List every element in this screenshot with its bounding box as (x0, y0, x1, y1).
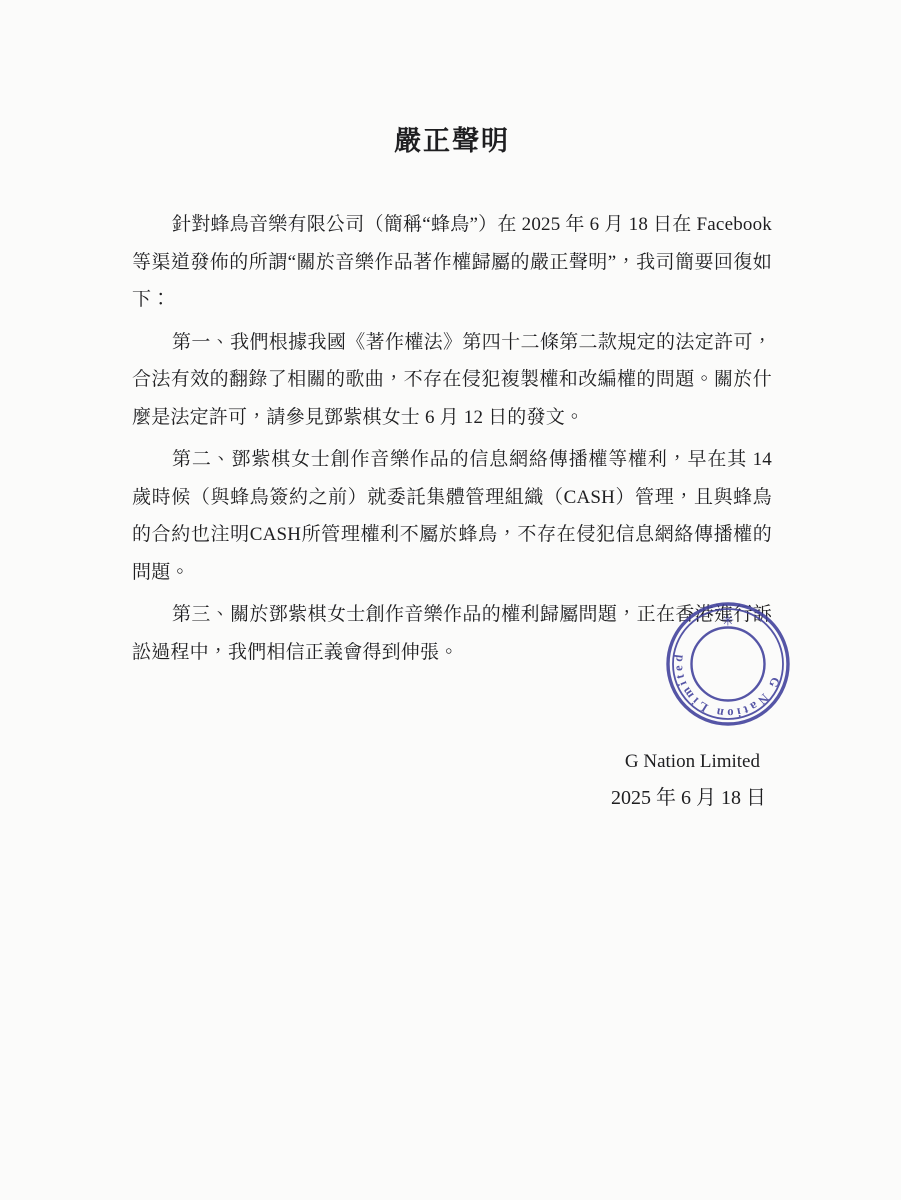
paragraph-point-1: 第一、我們根據我國《著作權法》第四十二條第二款規定的法定許可，合法有效的翻錄了相… (132, 324, 772, 437)
paragraph-intro: 針對蜂鳥音樂有限公司（簡稱“蜂鳥”）在 2025 年 6 月 18 日在 Fac… (132, 206, 772, 319)
letter-body: 嚴正聲明 針對蜂鳥音樂有限公司（簡稱“蜂鳥”）在 2025 年 6 月 18 日… (132, 122, 772, 817)
signature-date: 2025 年 6 月 18 日 (132, 780, 772, 817)
paragraph-point-3: 第三、關於鄧紫棋女士創作音樂作品的權利歸屬問題，正在香港進行訴訟過程中，我們相信… (132, 596, 772, 671)
signature-company: G Nation Limited (132, 743, 772, 780)
page-title: 嚴正聲明 (132, 122, 772, 160)
document-page: 嚴正聲明 針對蜂鳥音樂有限公司（簡稱“蜂鳥”）在 2025 年 6 月 18 日… (0, 0, 901, 1200)
signature-block: G Nation Limited 2025 年 6 月 18 日 (132, 743, 772, 817)
paragraph-point-2: 第二、鄧紫棋女士創作音樂作品的信息網絡傳播權等權利，早在其 14 歲時候（與蜂鳥… (132, 441, 772, 591)
